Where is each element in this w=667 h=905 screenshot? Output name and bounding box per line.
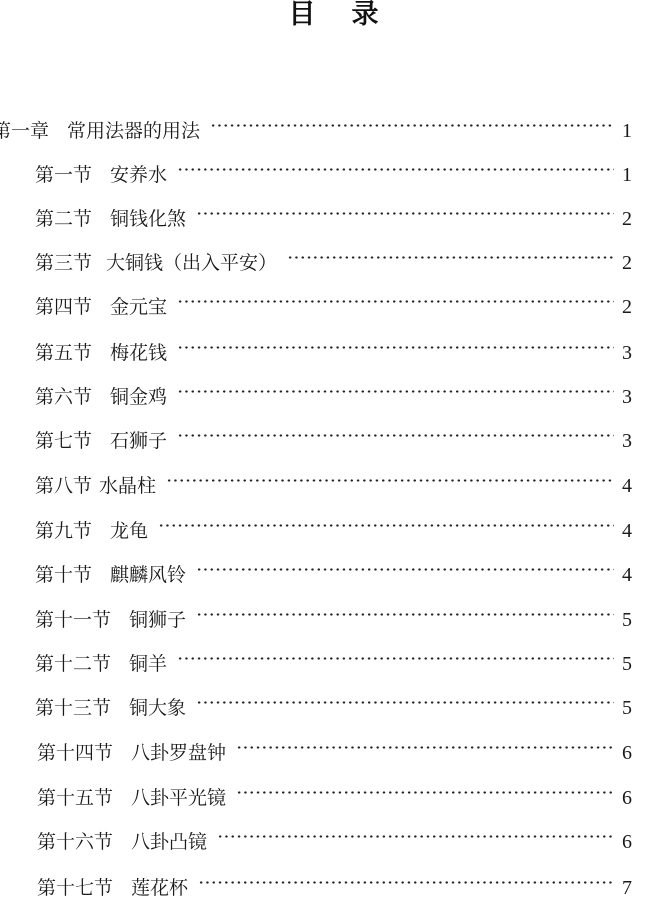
dot-leader [177, 283, 614, 313]
section-title: 铜大象 [129, 693, 186, 723]
section-number: 第四节 [35, 292, 92, 322]
section-number: 第三节 [35, 248, 92, 278]
page-number: 2 [622, 292, 636, 322]
page-number: 5 [622, 605, 636, 635]
toc-section-1[interactable]: 第一节 安养水 1 [35, 151, 636, 181]
section-title: 八卦平光镜 [131, 783, 226, 813]
page-number: 7 [622, 873, 636, 903]
toc-section-2[interactable]: 第二节 铜钱化煞 2 [35, 195, 636, 225]
toc-section-11[interactable]: 第十一节 铜狮子 5 [35, 596, 636, 626]
dot-leader [236, 729, 614, 759]
dot-leader [166, 462, 614, 492]
section-title: 莲花杯 [131, 873, 188, 903]
chapter-title: 常用法器的用法 [67, 116, 200, 146]
page-number: 3 [622, 426, 636, 456]
section-number: 第二节 [35, 204, 92, 234]
chapter-number: 第一章 [0, 116, 49, 146]
toc-section-10[interactable]: 第十节 麒麟风铃 4 [35, 551, 636, 581]
page-number: 6 [622, 827, 636, 857]
toc-section-9[interactable]: 第九节 龙龟 4 [35, 507, 636, 537]
dot-leader [196, 684, 614, 714]
toc-section-17[interactable]: 第十七节 莲花杯 7 [37, 864, 636, 894]
section-number: 第十一节 [35, 605, 111, 635]
section-title: 八卦罗盘钟 [131, 738, 226, 768]
section-number: 第十七节 [37, 873, 113, 903]
section-title: 铜钱化煞 [110, 204, 186, 234]
page-number: 4 [622, 560, 636, 590]
section-number: 第六节 [35, 382, 92, 412]
section-number: 第九节 [35, 516, 92, 546]
toc-section-8[interactable]: 第八节 水晶柱 4 [35, 462, 636, 492]
section-number: 第一节 [35, 160, 92, 190]
page-number: 6 [622, 783, 636, 813]
toc-chapter-1[interactable]: 第一章 常用法器的用法 1 [0, 107, 636, 137]
page-number: 1 [622, 160, 636, 190]
toc-section-16[interactable]: 第十六节 八卦凸镜 6 [37, 818, 636, 848]
page-title: 目录 [0, 0, 667, 31]
toc-section-12[interactable]: 第十二节 铜羊 5 [35, 640, 636, 670]
toc-section-3[interactable]: 第三节 大铜钱（出入平安） 2 [35, 239, 636, 269]
toc-section-6[interactable]: 第六节 铜金鸡 3 [35, 373, 636, 403]
page-number: 4 [622, 471, 636, 501]
page-number: 2 [622, 248, 636, 278]
dot-leader [217, 818, 614, 848]
toc-section-7[interactable]: 第七节 石狮子 3 [35, 417, 636, 447]
dot-leader [158, 507, 614, 537]
page-number: 3 [622, 338, 636, 368]
section-number: 第十三节 [35, 693, 111, 723]
page-number: 1 [622, 116, 636, 146]
section-number: 第十六节 [37, 827, 113, 857]
section-number: 第十节 [35, 560, 92, 590]
section-title: 安养水 [110, 160, 167, 190]
toc-section-13[interactable]: 第十三节 铜大象 5 [35, 684, 636, 714]
section-title: 石狮子 [110, 426, 167, 456]
section-number: 第五节 [35, 338, 92, 368]
page-number: 5 [622, 649, 636, 679]
section-title: 麒麟风铃 [110, 560, 186, 590]
toc-section-15[interactable]: 第十五节 八卦平光镜 6 [37, 774, 636, 804]
section-title: 八卦凸镜 [131, 827, 207, 857]
section-title: 铜狮子 [129, 605, 186, 635]
dot-leader [177, 640, 614, 670]
section-title: 水晶柱 [99, 471, 156, 501]
dot-leader [236, 774, 614, 804]
section-title: 梅花钱 [110, 338, 167, 368]
dot-leader [177, 151, 614, 181]
dot-leader [177, 373, 614, 403]
section-number: 第十二节 [35, 649, 111, 679]
page-number: 3 [622, 382, 636, 412]
dot-leader [196, 551, 614, 581]
section-number: 第十四节 [37, 738, 113, 768]
dot-leader [177, 329, 614, 359]
dot-leader [196, 195, 614, 225]
toc-section-4[interactable]: 第四节 金元宝 2 [35, 283, 636, 313]
page-number: 2 [622, 204, 636, 234]
page-number: 4 [622, 516, 636, 546]
dot-leader [198, 864, 614, 894]
dot-leader [287, 239, 614, 269]
page-number: 6 [622, 738, 636, 768]
toc-section-14[interactable]: 第十四节 八卦罗盘钟 6 [37, 729, 636, 759]
section-title: 大铜钱（出入平安） [106, 248, 277, 278]
section-title: 铜金鸡 [110, 382, 167, 412]
section-number: 第七节 [35, 426, 92, 456]
dot-leader [196, 596, 614, 626]
toc-section-5[interactable]: 第五节 梅花钱 3 [35, 329, 636, 359]
section-number: 第八节 [35, 471, 92, 501]
section-number: 第十五节 [37, 783, 113, 813]
page-number: 5 [622, 693, 636, 723]
section-title: 金元宝 [110, 292, 167, 322]
dot-leader [177, 417, 614, 447]
section-title: 铜羊 [129, 649, 167, 679]
section-title: 龙龟 [110, 516, 148, 546]
dot-leader [210, 107, 614, 137]
